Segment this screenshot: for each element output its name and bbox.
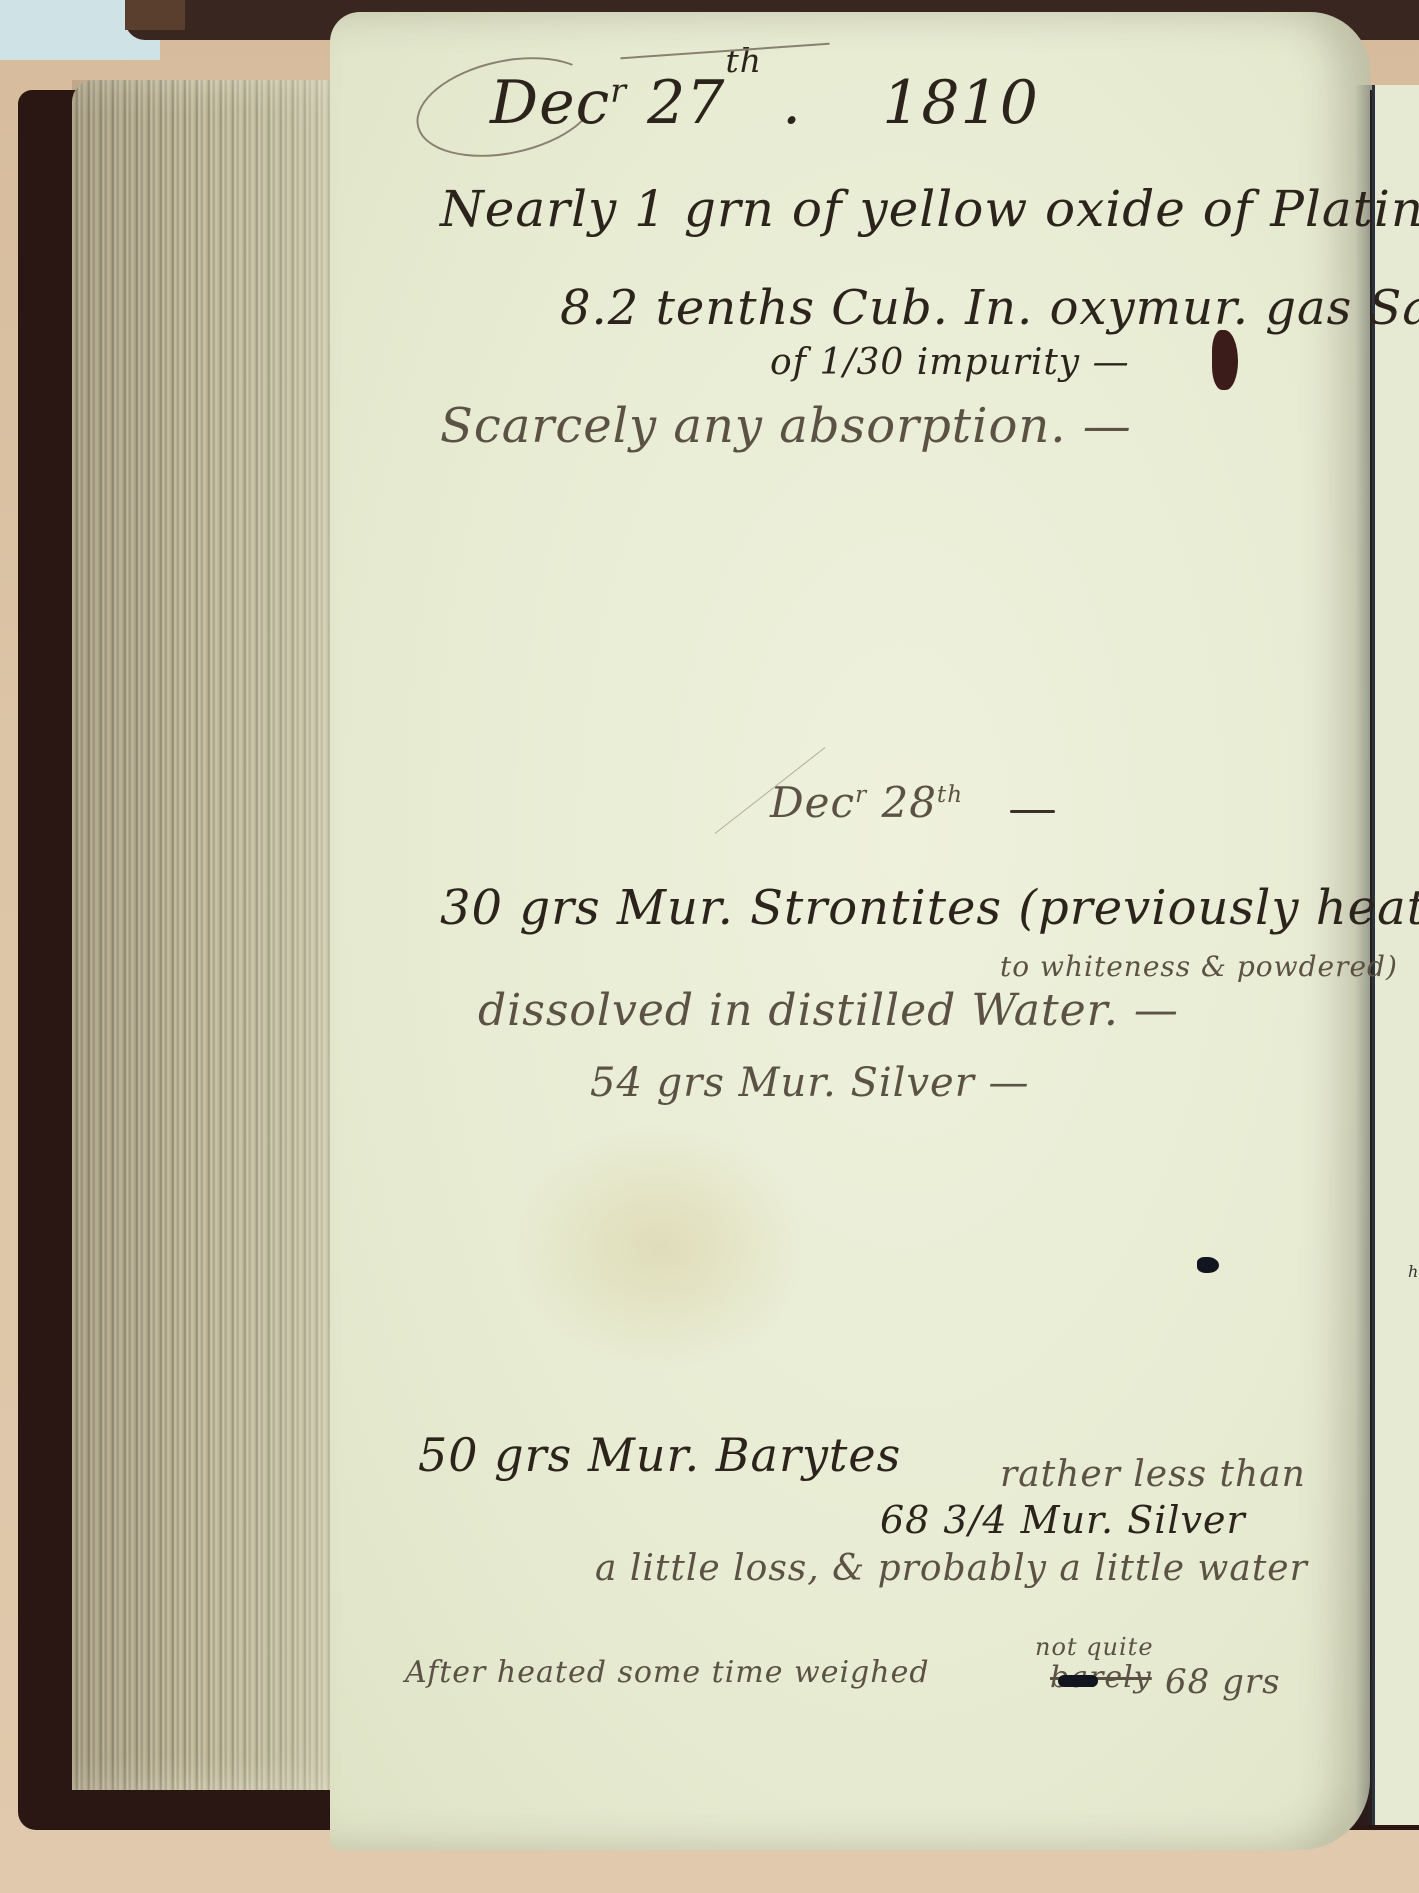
date-dash xyxy=(1010,810,1055,813)
date-day-suffix: th xyxy=(937,782,963,808)
entry-1-line-3: of 1/30 impurity — xyxy=(770,342,1130,383)
date-day: 28 xyxy=(881,778,936,827)
entry-2-line-1: 30 grs Mur. Strontites (previously heate… xyxy=(440,880,1419,936)
entry-3-line-1: 50 grs Mur. Barytes xyxy=(418,1428,901,1482)
entry-1-line-4: Scarcely any absorption. — xyxy=(440,398,1132,454)
date-month-superscript: r xyxy=(610,71,627,110)
date-month-superscript: r xyxy=(855,782,867,808)
ink-spot xyxy=(1197,1257,1219,1273)
entry-1-line-1: Nearly 1 grn of yellow oxide of Platina xyxy=(440,180,1419,238)
facing-page-margin-mark: h xyxy=(1408,1262,1418,1281)
entry-2-line-3: dissolved in distilled Water. — xyxy=(478,985,1179,1036)
date-day: 27 xyxy=(647,68,725,138)
entry-3-line-2: rather less than xyxy=(1000,1454,1306,1495)
date-year: 1810 xyxy=(882,68,1039,138)
ink-blot xyxy=(1212,330,1238,390)
entry-3-line-4: a little loss, & probably a little water xyxy=(595,1548,1308,1589)
entry-1-date: Decr 27th . 1810 xyxy=(490,68,1039,138)
water-stain xyxy=(510,1122,810,1372)
date-month: Dec xyxy=(770,778,855,827)
entry-3-line-7: 68 grs xyxy=(1165,1662,1281,1702)
entry-1-line-2: 8.2 tenths Cub. In. oxymur. gas Saturate… xyxy=(560,280,1419,336)
box-lid-edge xyxy=(125,0,185,30)
entry-3-line-3: 68 3/4 Mur. Silver xyxy=(880,1498,1246,1542)
page-fore-edge xyxy=(72,80,372,1790)
entry-3-line-5: After heated some time weighed xyxy=(405,1655,930,1690)
entry-2-line-4: 54 grs Mur. Silver — xyxy=(590,1060,1030,1106)
strike-blot xyxy=(1058,1675,1098,1687)
date-month: Dec xyxy=(490,68,610,138)
entry-3-insertion: not quite xyxy=(1035,1633,1154,1661)
entry-2-date: Decr 28th xyxy=(770,778,963,827)
entry-2-line-2: to whiteness & powdered) xyxy=(1000,950,1398,983)
